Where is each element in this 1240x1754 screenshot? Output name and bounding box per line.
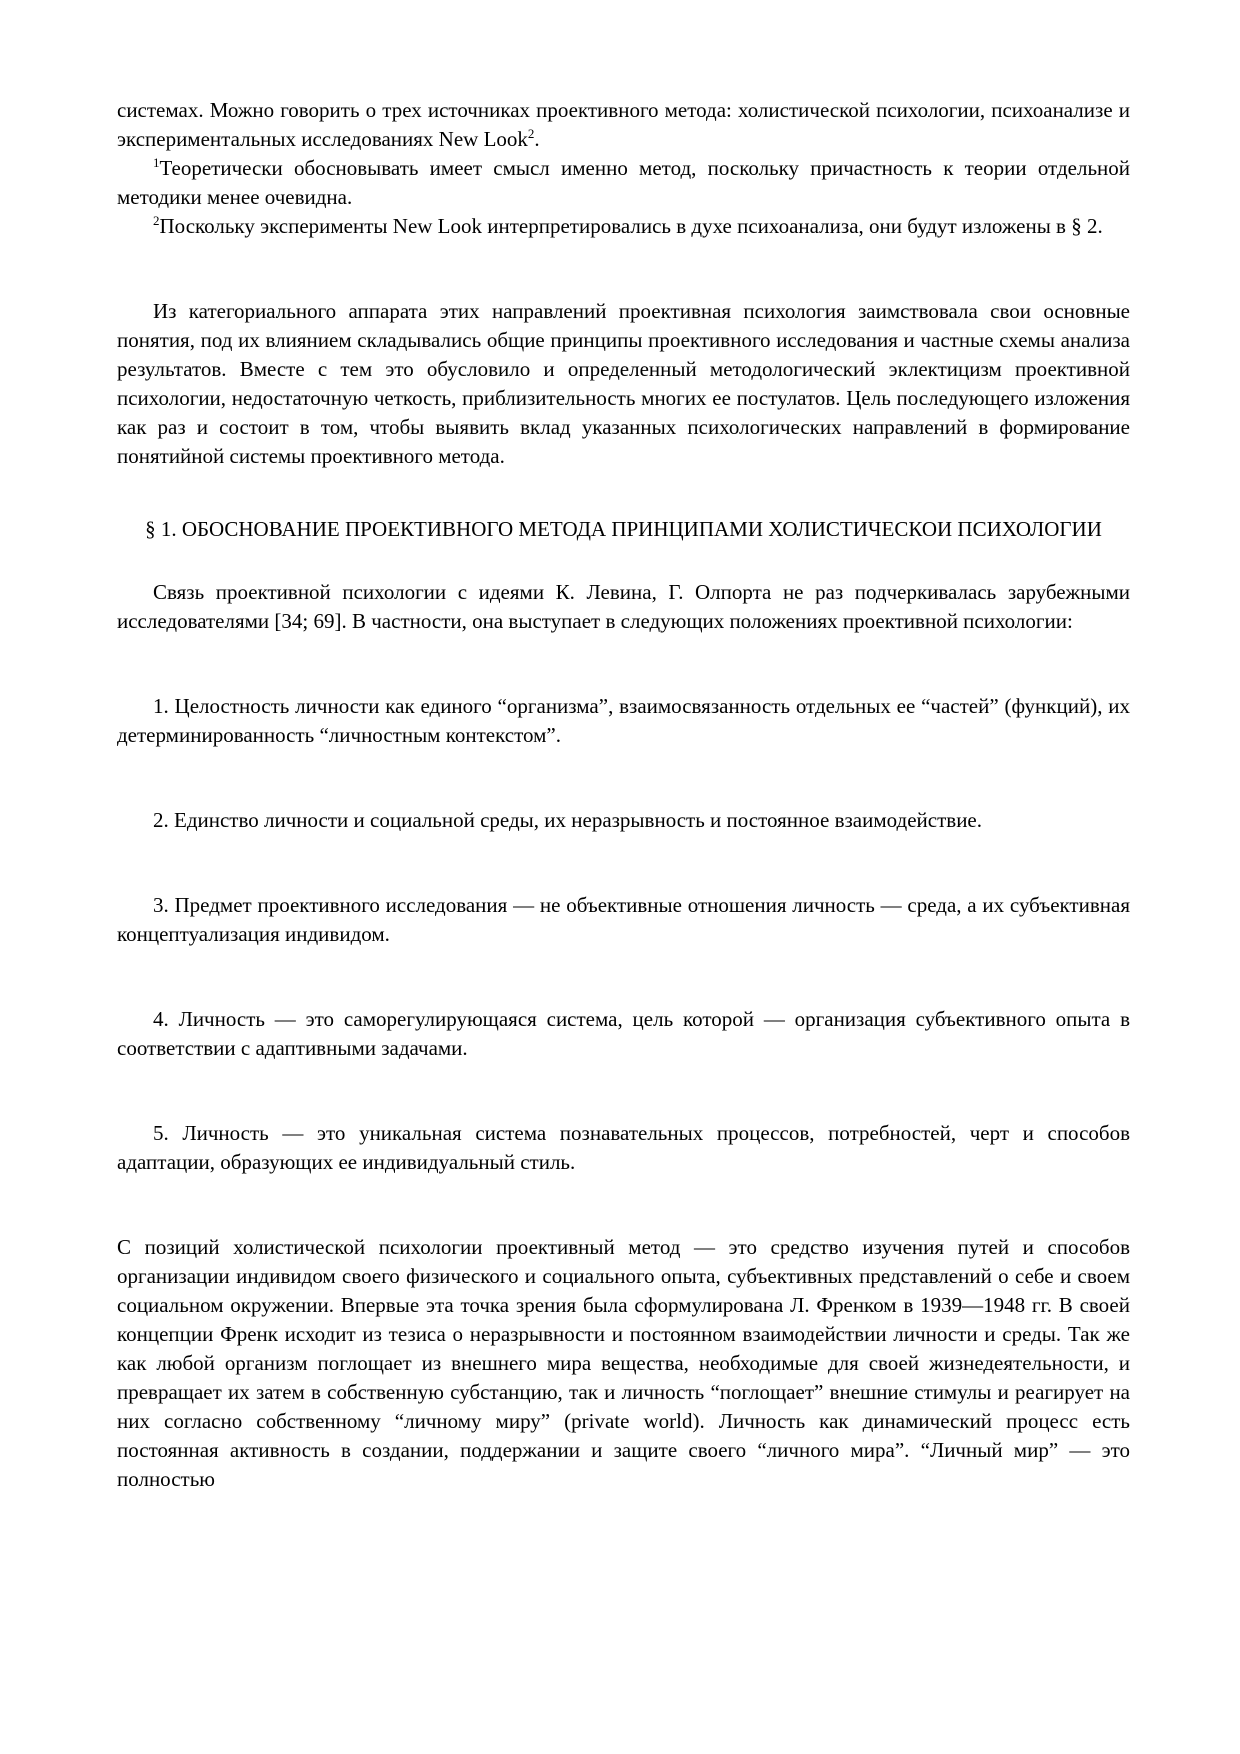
paragraph-continuation: системах. Можно говорить о трех источник…: [117, 96, 1130, 154]
footnote-2-text: Поскольку эксперименты New Look интерпре…: [160, 214, 1103, 238]
list-item-5: 5. Личность — это уникальная система поз…: [117, 1119, 1130, 1177]
list-item-4: 4. Личность — это саморегулирующаяся сис…: [117, 1005, 1130, 1063]
list-item-3: 3. Предмет проективного исследования — н…: [117, 891, 1130, 949]
paragraph-link: Связь проективной психологии с идеями К.…: [117, 578, 1130, 636]
footnote-1: 1Теоретически обосновывать имеет смысл и…: [117, 154, 1130, 212]
list-item-2: 2. Единство личности и социальной среды,…: [117, 806, 1130, 835]
paragraph-continuation-text: системах. Можно говорить о трех источник…: [117, 98, 1130, 151]
document-page: системах. Можно говорить о трех источник…: [0, 0, 1240, 1754]
footnote-1-text: Теоретически обосновывать имеет смысл им…: [117, 156, 1130, 209]
paragraph-continuation-period: .: [534, 127, 539, 151]
footnote-2: 2Поскольку эксперименты New Look интерпр…: [117, 212, 1130, 241]
list-item-1: 1. Целостность личности как единого “орг…: [117, 692, 1130, 750]
paragraph-intro: Из категориального аппарата этих направл…: [117, 297, 1130, 471]
section-heading: § 1. ОБОСНОВАНИЕ ПРОЕКТИВНОГО МЕТОДА ПРИ…: [123, 515, 1124, 544]
paragraph-final: С позиций холистической психологии проек…: [117, 1233, 1130, 1494]
